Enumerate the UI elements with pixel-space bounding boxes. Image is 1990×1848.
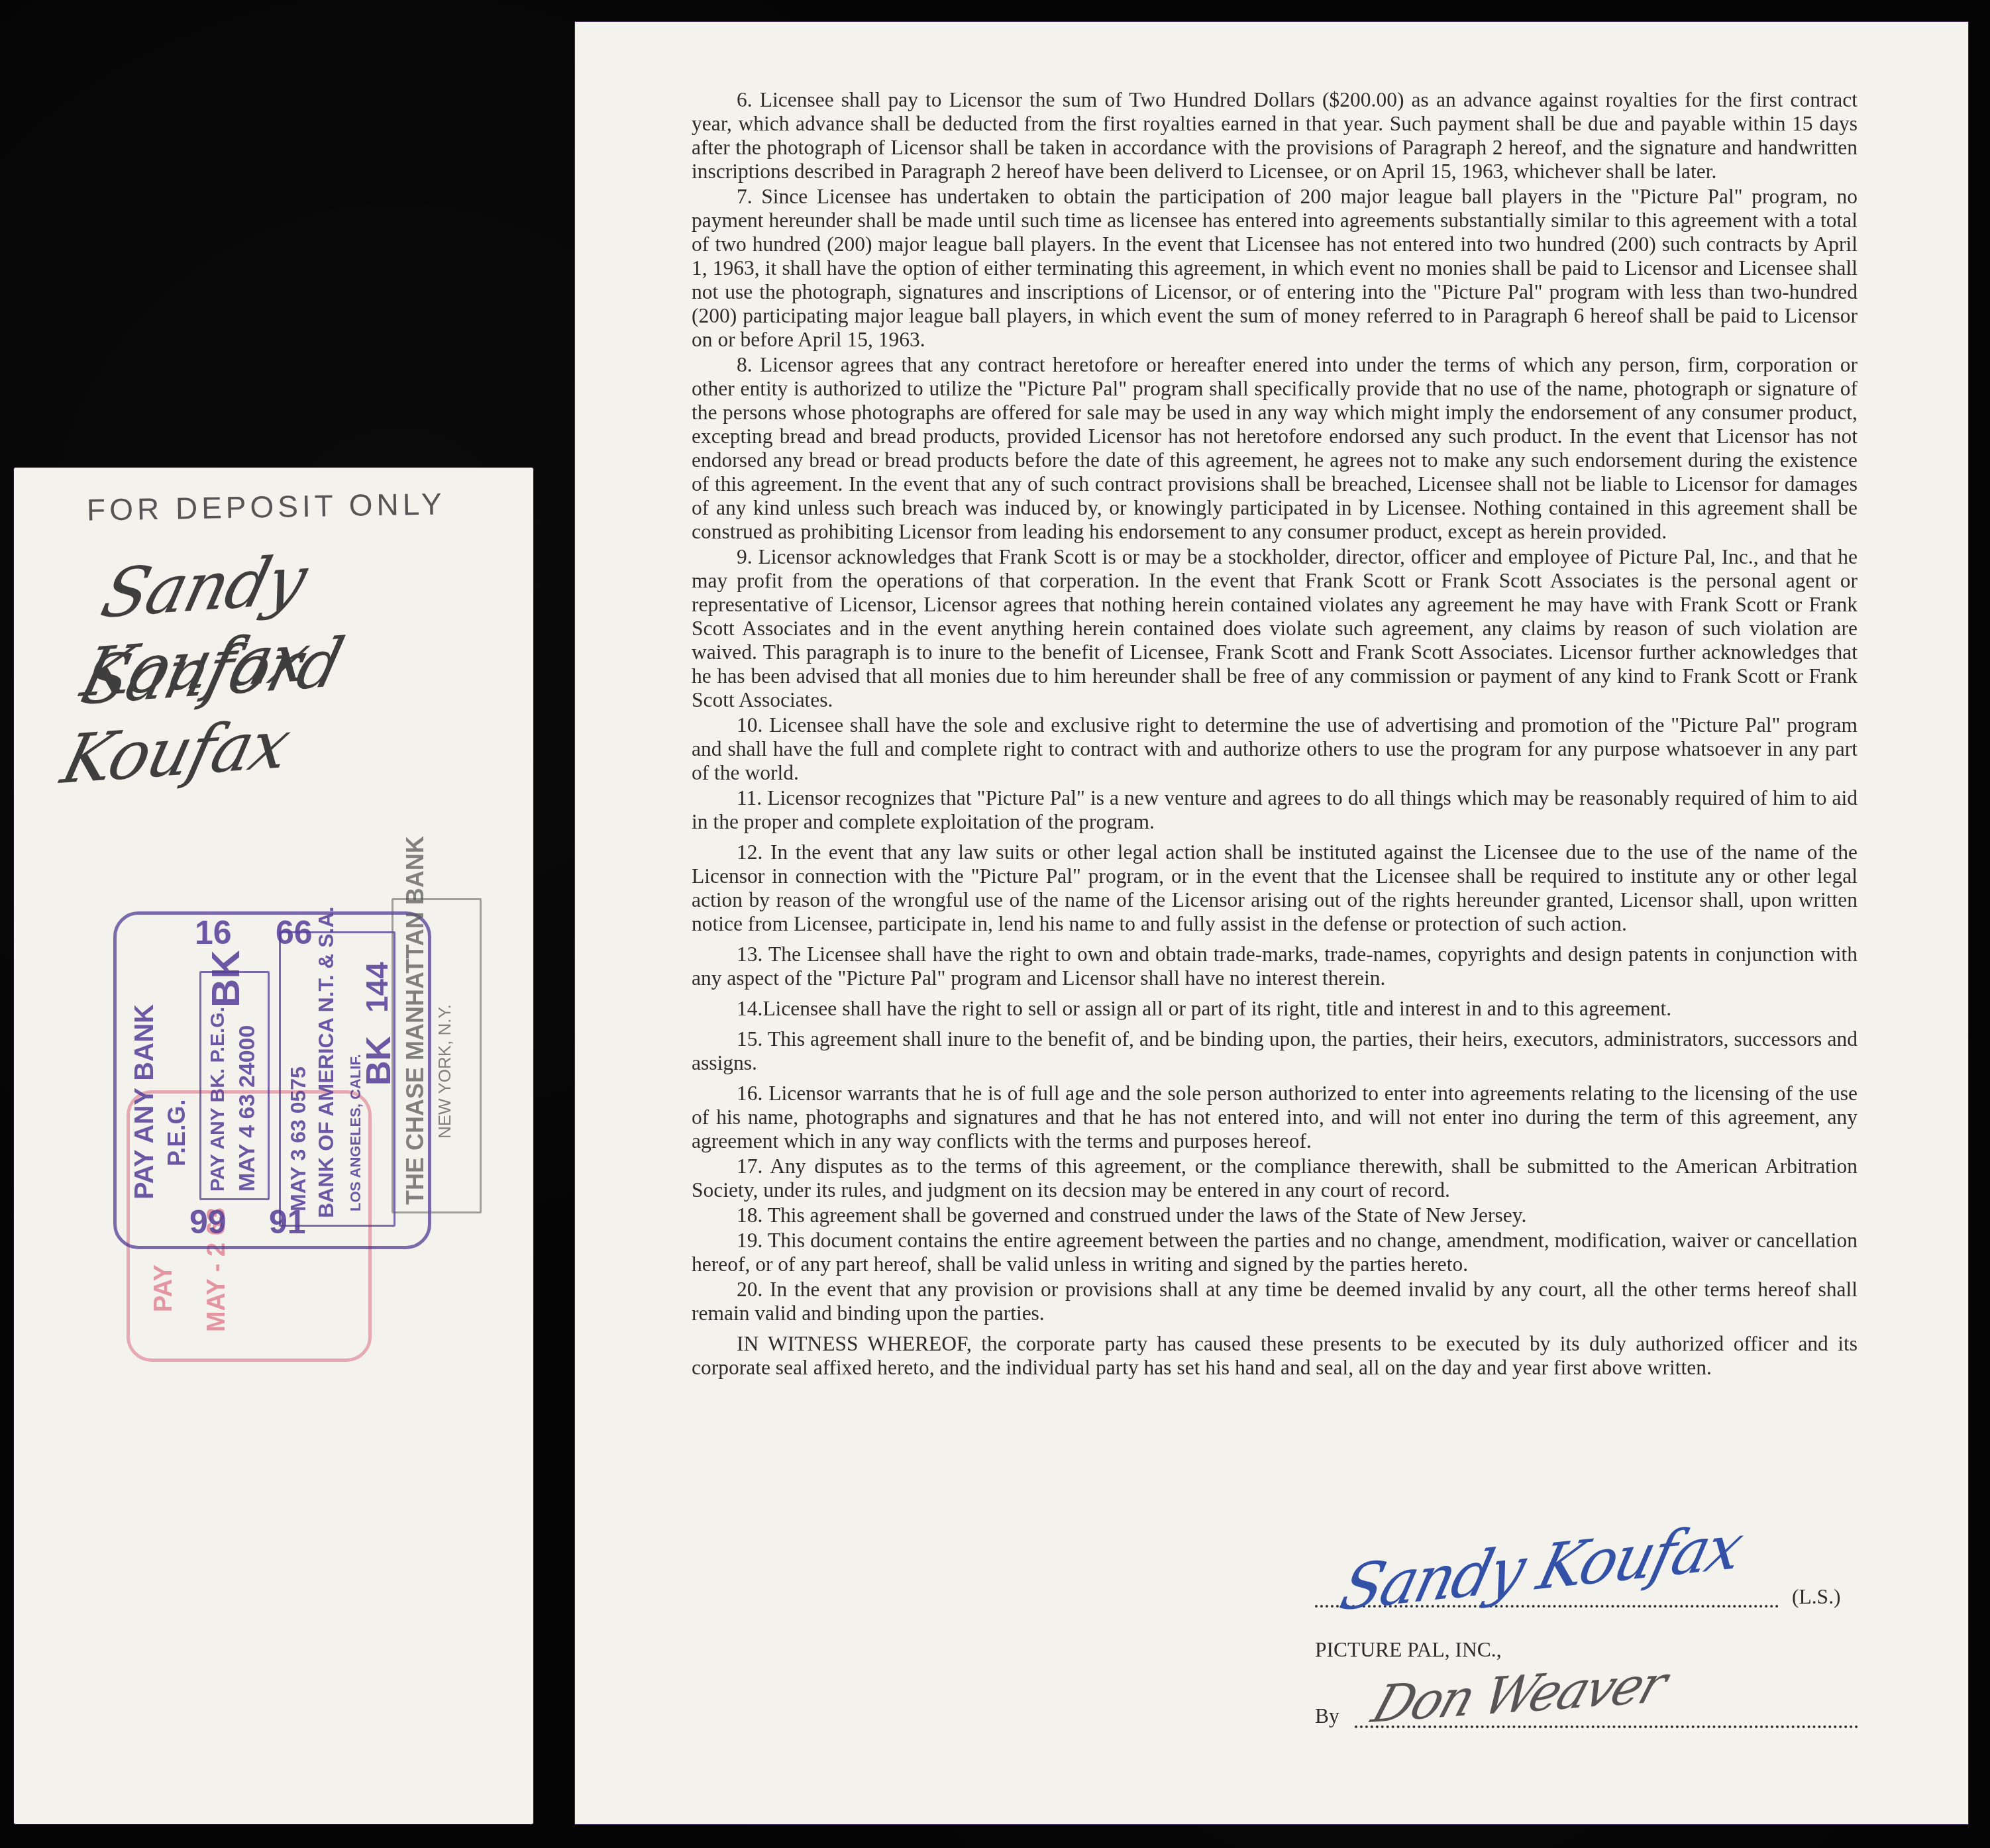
red-stamp-line: PAY xyxy=(150,1264,178,1312)
purple-stamp-c-line: MAY 3 63 0575 xyxy=(286,1066,311,1211)
purple-stamp-b-date: MAY 4 63 24000 xyxy=(235,1025,260,1192)
clause-19: 19. This document contains the entire ag… xyxy=(692,1229,1858,1276)
agreement-text: 6. Licensee shall pay to Licensor the su… xyxy=(692,88,1858,1401)
endorsed-check-back: FOR DEPOSIT ONLY Sandy Koufax Sanford Ko… xyxy=(14,468,533,1824)
clause-20: 20. In the event that any provision or p… xyxy=(692,1278,1858,1325)
clause-17: 17. Any disputes as to the terms of this… xyxy=(692,1155,1858,1202)
clause-13: 13. The Licensee shall have the right to… xyxy=(692,943,1858,990)
for-deposit-only-inscription: FOR DEPOSIT ONLY xyxy=(87,486,446,527)
by-label: By xyxy=(1315,1704,1339,1728)
clause-14: 14.Licensee shall have the right to sell… xyxy=(692,997,1858,1021)
purple-stamp-a-line: P.E.G. xyxy=(163,1100,191,1166)
koufax-signature: Sandy Koufax xyxy=(1334,1510,1749,1625)
purple-stamp-c-num: 144 xyxy=(359,962,395,1013)
clause-7: 7. Since Licensee has undertaken to obta… xyxy=(692,185,1858,352)
company-name: PICTURE PAL, INC., xyxy=(1315,1638,1502,1662)
clause-8: 8. Licensor agrees that any contract her… xyxy=(692,353,1858,544)
clause-12: 12. In the event that any law suits or o… xyxy=(692,841,1858,936)
signature-block: Sandy Koufax (L.S.) PICTURE PAL, INC., B… xyxy=(1262,1539,1858,1751)
ls-label: (L.S.) xyxy=(1792,1585,1841,1609)
clause-15: 15. This agreement shall inure to the be… xyxy=(692,1027,1858,1075)
clause-10: 10. Licensee shall have the sole and exc… xyxy=(692,713,1858,785)
clause-18: 18. This agreement shall be governed and… xyxy=(692,1204,1858,1227)
chase-stamp-city: NEW YORK, N.Y. xyxy=(435,1004,455,1139)
clause-9: 9. Licensor acknowledges that Frank Scot… xyxy=(692,545,1858,712)
chase-stamp-line: THE CHASE MANHATTAN BANK xyxy=(401,836,429,1205)
clause-6: 6. Licensee shall pay to Licensor the su… xyxy=(692,88,1858,183)
officer-signature: Don Weaver xyxy=(1365,1654,1673,1735)
bank-stamps: PAY MAY - 2 63 PAY ANY BANK P.E.G. BK 16… xyxy=(100,892,498,1368)
clause-11: 11. Licensor recognizes that "Picture Pa… xyxy=(692,786,1858,834)
purple-bank-stamp-b: PAY ANY BK. P.E.G. MAY 4 63 24000 xyxy=(199,971,270,1200)
witness-clause: IN WITNESS WHEREOF, the corporate party … xyxy=(692,1332,1858,1380)
purple-stamp-a-num: 99 xyxy=(189,1203,227,1241)
chase-manhattan-stamp: THE CHASE MANHATTAN BANK NEW YORK, N.Y. xyxy=(392,898,482,1213)
purple-stamp-a-line: PAY ANY BANK xyxy=(130,1004,160,1200)
licensing-agreement-page: 6. Licensee shall pay to Licensor the su… xyxy=(575,22,1968,1824)
purple-stamp-a-num: 16 xyxy=(195,913,232,952)
purple-stamp-c-line: BANK OF AMERICA N.T. & S.A. xyxy=(314,906,339,1218)
purple-stamp-b-line: PAY ANY BK. P.E.G. xyxy=(207,1007,229,1192)
purple-bank-stamp-c: MAY 3 63 0575 BANK OF AMERICA N.T. & S.A… xyxy=(279,931,395,1227)
clause-16: 16. Licensor warrants that he is of full… xyxy=(692,1082,1858,1153)
